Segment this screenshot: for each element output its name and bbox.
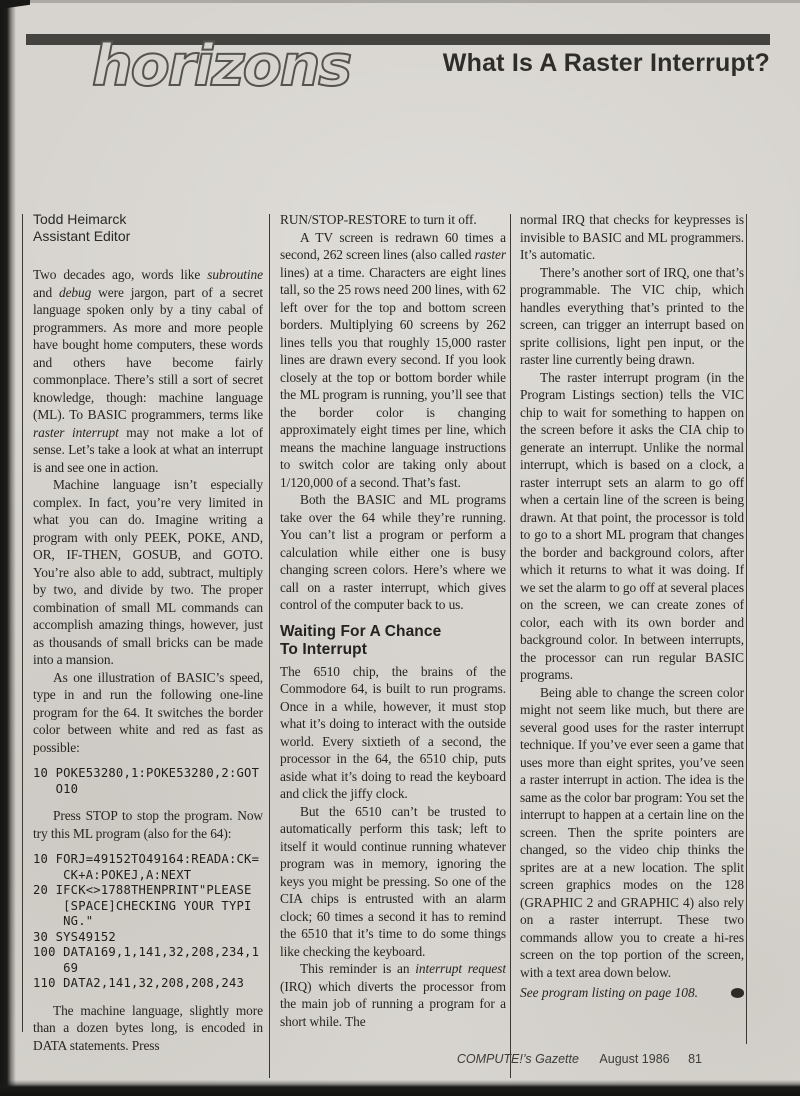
- scan-edge-top: [0, 0, 800, 3]
- code-line: 100 DATA169,1,141,32,208,234,1: [33, 945, 263, 961]
- article-title: What Is A Raster Interrupt?: [443, 49, 770, 78]
- code-line: [SPACE]CHECKING YOUR TYPI: [33, 899, 263, 915]
- paragraph: There’s another sort of IRQ, one that’s …: [520, 264, 744, 369]
- basic-code-listing: 10 POKE53280,1:POKE53280,2:GOT O10: [33, 766, 263, 797]
- paragraph: Press STOP to stop the program. Now try …: [33, 807, 263, 842]
- paragraph: As one illustration of BASIC’s speed, ty…: [33, 669, 263, 757]
- column-rule-left: [22, 214, 23, 1032]
- paragraph: Both the BASIC and ML programs take over…: [280, 491, 506, 614]
- text-column-3: normal IRQ that checks for keypresses is…: [520, 211, 744, 1083]
- scan-edge-left: [0, 0, 16, 1096]
- column-logo-horizons: horizons: [92, 33, 350, 99]
- code-line: 110 DATA2,141,32,208,208,243: [33, 976, 263, 992]
- byline-line: Assistant Editor: [33, 228, 263, 245]
- code-line: 20 IFCK<>1788THENPRINT"PLEASE: [33, 883, 263, 899]
- page-footer: COMPUTE!’s Gazette August 1986 81: [457, 1052, 702, 1066]
- magazine-page-scan: horizons What Is A Raster Interrupt? Tod…: [0, 0, 800, 1096]
- code-line: 69: [33, 961, 263, 977]
- page-number: 81: [688, 1052, 702, 1066]
- paragraph: But the 6510 can’t be trusted to automat…: [280, 803, 506, 961]
- paragraph: Being able to change the screen color mi…: [520, 684, 744, 982]
- text-column-1: Todd HeimarckAssistant EditorTwo decades…: [33, 211, 263, 1083]
- code-line: 30 SYS49152: [33, 930, 263, 946]
- end-of-article-mark-icon: [731, 988, 744, 998]
- paragraph: Two decades ago, words like subroutine a…: [33, 266, 263, 476]
- paragraph: The machine language, slightly more than…: [33, 1002, 263, 1055]
- column-rule-mid-2: [510, 214, 511, 1078]
- paragraph: The 6510 chip, the brains of the Commodo…: [280, 663, 506, 803]
- code-line: NG.": [33, 914, 263, 930]
- paragraph: Machine language isn’t especially comple…: [33, 476, 263, 669]
- paragraph: normal IRQ that checks for keypresses is…: [520, 211, 744, 264]
- section-heading: Waiting For A ChanceTo Interrupt: [280, 623, 506, 660]
- code-line: 10 POKE53280,1:POKE53280,2:GOT: [33, 766, 263, 782]
- byline-line: Todd Heimarck: [33, 211, 263, 228]
- code-line: 10 FORJ=49152TO49164:READA:CK=: [33, 852, 263, 868]
- paragraph: This reminder is an interrupt request (I…: [280, 960, 506, 1030]
- column-rule-right: [746, 214, 747, 1044]
- issue-date: August 1986: [599, 1052, 669, 1066]
- column-rule-mid-1: [269, 214, 270, 1078]
- paragraph: A TV screen is redrawn 60 times a second…: [280, 229, 506, 492]
- code-line: O10: [33, 782, 263, 798]
- text-column-2: RUN/STOP-RESTORE to turn it off.A TV scr…: [280, 211, 506, 1083]
- program-listing-note: See program listing on page 108.: [520, 984, 698, 1002]
- paragraph: RUN/STOP-RESTORE to turn it off.: [280, 211, 506, 229]
- article-signoff: See program listing on page 108.: [520, 984, 744, 1002]
- basic-code-listing: 10 FORJ=49152TO49164:READA:CK= CK+A:POKE…: [33, 852, 263, 992]
- magazine-name: COMPUTE!’s Gazette: [457, 1052, 579, 1066]
- code-line: CK+A:POKEJ,A:NEXT: [33, 868, 263, 884]
- byline: Todd HeimarckAssistant Editor: [33, 211, 263, 245]
- paragraph: The raster interrupt program (in the Pro…: [520, 369, 744, 684]
